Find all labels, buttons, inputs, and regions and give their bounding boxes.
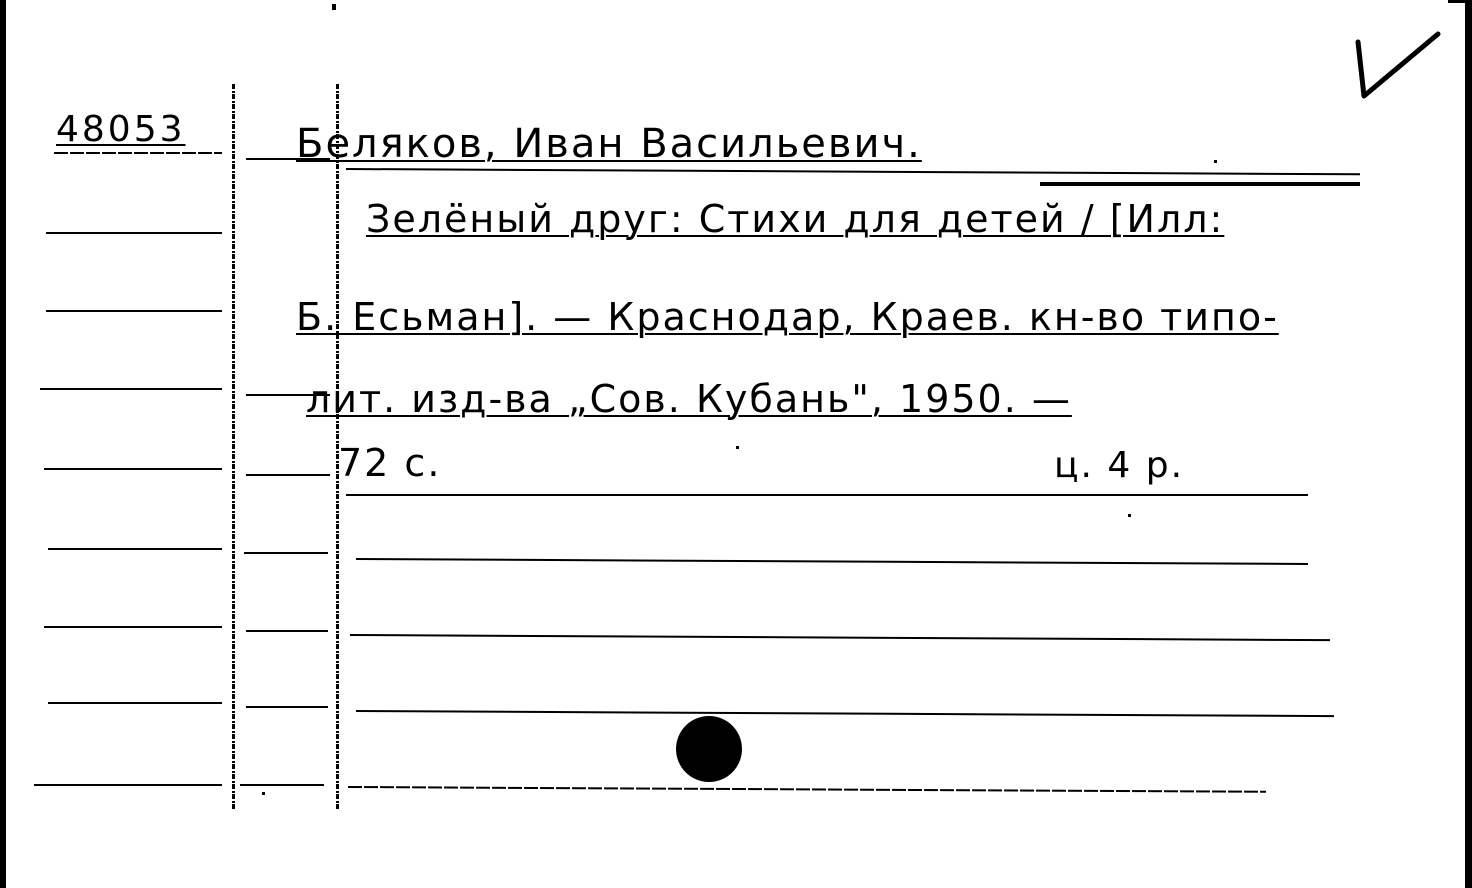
ruled-line [246, 706, 328, 708]
description-line-3: лит. изд-ва „Сов. Кубань", 1950. — [306, 380, 1072, 418]
ruled-line [40, 388, 222, 390]
ruled-line [246, 474, 330, 476]
ruled-line [356, 710, 1334, 717]
ruled-line [44, 626, 222, 628]
catalog-card: 48053 Беляков, Иван Васильевич. Зелёный … [0, 0, 1472, 888]
speck [262, 792, 265, 795]
speck [1128, 514, 1131, 517]
checkmark-icon [1354, 30, 1444, 110]
ruled-line [46, 232, 222, 234]
author-heading: Беляков, Иван Васильевич. [296, 124, 922, 164]
heading-underline [1040, 182, 1360, 186]
card-corner-edge [1448, 0, 1472, 3]
ruled-line [240, 784, 324, 786]
ruled-line [48, 548, 222, 550]
punch-hole [676, 716, 742, 782]
accession-number: 48053 [56, 112, 186, 148]
description-line-2: Б. Есьман]. — Краснодар, Краев. кн-во ти… [296, 298, 1279, 336]
ruled-line [34, 784, 222, 786]
margin-rule-left [232, 84, 235, 810]
ruled-line [348, 786, 1266, 793]
ruled-line [54, 152, 222, 154]
ruled-line [46, 310, 222, 312]
ruled-line [48, 702, 222, 704]
speck [1214, 160, 1217, 163]
ruled-line [244, 552, 328, 554]
ruled-line [356, 558, 1308, 565]
card-right-edge [1465, 0, 1472, 888]
page-count: 72 с. [338, 444, 441, 482]
ruled-line [350, 634, 1330, 641]
speck [332, 4, 336, 10]
ruled-line [44, 468, 222, 470]
speck [736, 446, 739, 449]
description-line-1: Зелёный друг: Стихи для детей / [Илл: [366, 200, 1224, 238]
ruled-line [346, 494, 1308, 496]
ruled-line [246, 630, 328, 632]
card-left-edge [0, 0, 6, 888]
price: ц. 4 р. [1054, 448, 1184, 484]
ruled-line [346, 168, 1360, 175]
